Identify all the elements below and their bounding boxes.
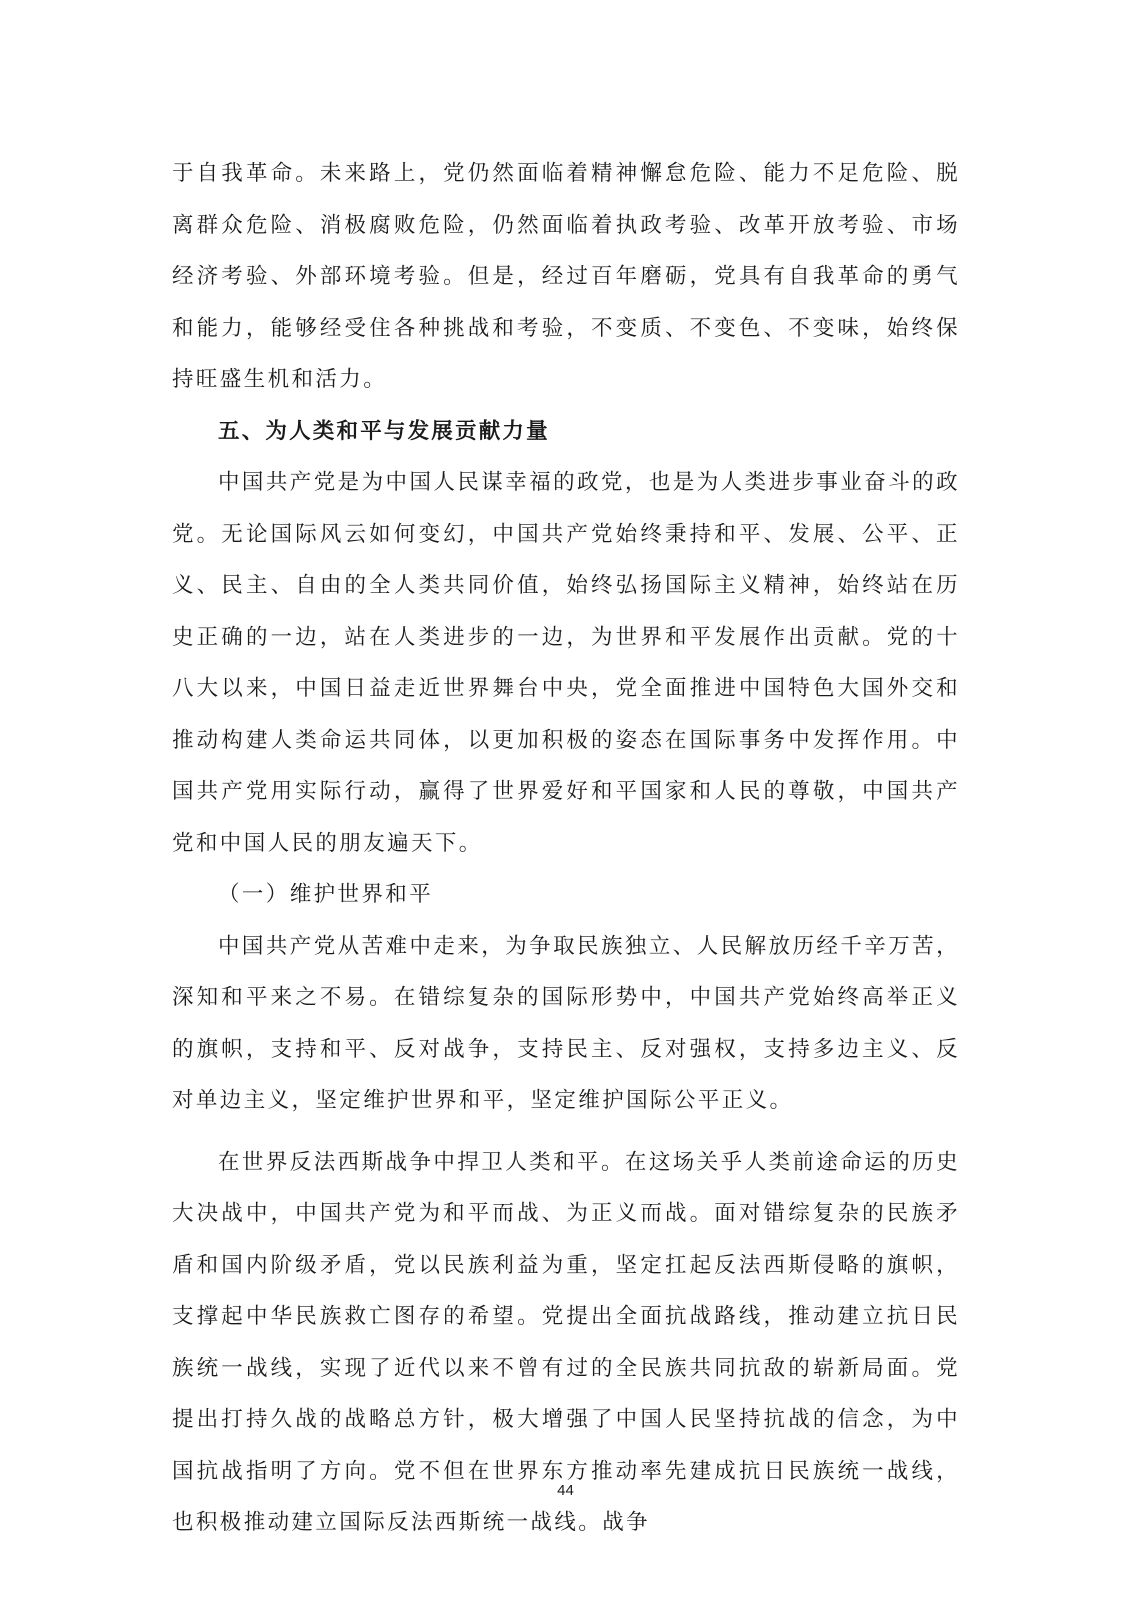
subsection-heading: （一）维护世界和平 xyxy=(172,869,960,921)
section-heading: 五、为人类和平与发展贡献力量 xyxy=(172,406,960,458)
page-number: 44 xyxy=(0,1482,1131,1499)
paragraph-gap xyxy=(172,1127,960,1137)
paragraph-body: 中国共产党从苦难中走来，为争取民族独立、人民解放历经千辛万苦，深知和平来之不易。… xyxy=(172,921,960,1127)
paragraph-body: 中国共产党是为中国人民谋幸福的政党，也是为人类进步事业奋斗的政党。无论国际风云如… xyxy=(172,457,960,869)
document-page: 于自我革命。未来路上，党仍然面临着精神懈怠危险、能力不足危险、脱离群众危险、消极… xyxy=(0,0,1131,1600)
paragraph-continuation: 于自我革命。未来路上，党仍然面临着精神懈怠危险、能力不足危险、脱离群众危险、消极… xyxy=(172,148,960,406)
page-content: 于自我革命。未来路上，党仍然面临着精神懈怠危险、能力不足危险、脱离群众危险、消极… xyxy=(172,148,960,1549)
